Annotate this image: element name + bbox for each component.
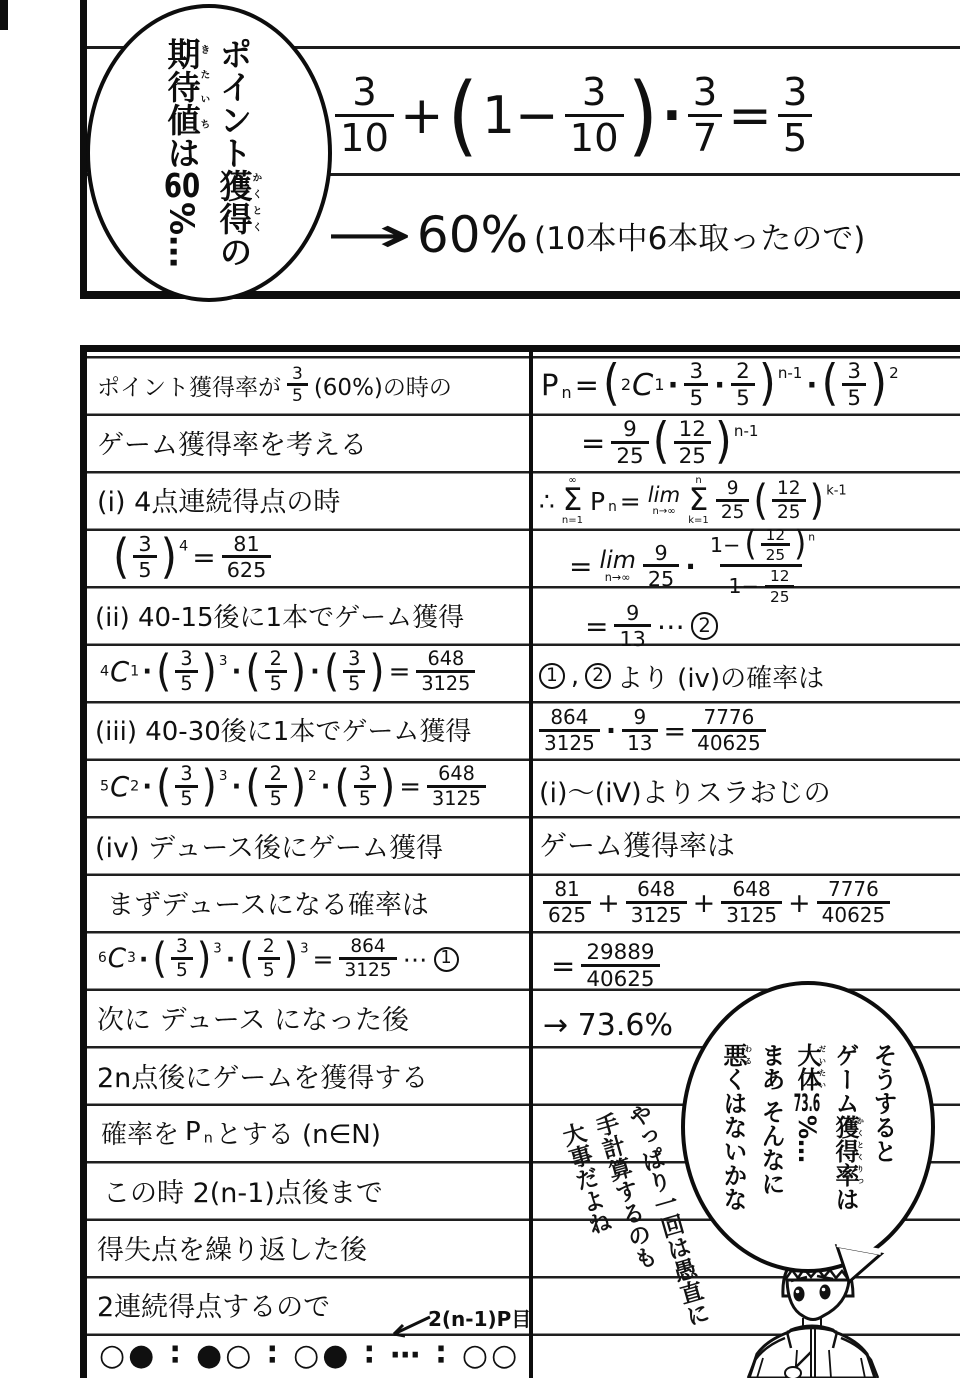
note-line: ゲーム獲得率は — [536, 818, 738, 870]
note-line: =limn→∞925·1−(1225)n1−1225 — [566, 528, 824, 604]
bottom-speech-bubble-text: そうするとゲーム獲得率かくとくりつは大体だいたい73.6%…まあ そんなに悪わる… — [715, 1043, 901, 1211]
note-line: まずデュースになる確率は — [104, 875, 432, 929]
note-line: 6C3·(35)3·(25)3=8643125⋯1 — [98, 927, 462, 991]
point-annotation-label: 2(n-1)P目 — [428, 1303, 531, 1332]
note-line: 得失点を繰り返した後 — [94, 1220, 370, 1274]
note-line: (i) 4点連続得点の時 — [94, 472, 343, 526]
notebook-top-border — [80, 345, 960, 352]
note-line: ∴∞Σn=1Pn=limn→∞nΣk=1925(1225)k-1 — [536, 470, 848, 532]
expected-value-formula: 310+(1−310)·37=35 — [332, 60, 815, 172]
note-line: 確率をPnとする (n∈N) — [98, 1105, 384, 1159]
note-line: 1,2より (iv)の確率は — [536, 652, 827, 700]
note-line: (35)4=81625 — [112, 526, 274, 588]
note-line: (ii) 40-15後に1本でゲーム獲得 — [92, 588, 467, 642]
annotation-arrow-icon — [384, 1314, 434, 1340]
note-line: =913⋯2 — [582, 602, 721, 650]
bottom-speech-bubble: そうするとゲーム獲得率かくとくりつは大体だいたい73.6%…まあ そんなに悪わる… — [681, 981, 935, 1273]
note-line: ポイント獲得率が35(60%)の時の — [94, 358, 455, 412]
note-line: この時 2(n-1)点後まで — [100, 1163, 386, 1217]
top-speech-bubble: ポイント獲得かくとくの期待値きたいちは60%… — [86, 4, 332, 302]
note-line: Pn=(2C1·35·25)n-1·(35)2 — [538, 356, 900, 414]
speech-bubble-tail — [833, 1244, 887, 1286]
note-line: 81625+6483125+6483125+777640625 — [540, 872, 893, 934]
note-line: 5C2·(35)3·(25)2·(35)=6483125 — [100, 755, 489, 819]
score-circles-row: ○● ∶ ●○ ∶ ○● ∶ ⋯ ∶ ○○ — [96, 1332, 523, 1378]
note-line: (iii) 40-30後に1本でゲーム獲得 — [92, 702, 474, 756]
note-line: → 73.6% — [540, 998, 676, 1052]
note-line: =925(1225)n-1 — [578, 414, 760, 472]
note-line: 次に デュース になった後 — [94, 990, 412, 1044]
top-speech-bubble-text: ポイント獲得かくとくの期待値きたいちは60%… — [157, 37, 261, 268]
page-edge-mark — [0, 0, 8, 30]
note-line: 2連続得点するので — [94, 1278, 333, 1330]
note-line: 4C1·(35)3·(25)·(35)=6483125 — [100, 640, 478, 704]
note-line: 2n点後にゲームを獲得する — [94, 1048, 431, 1102]
notebook-column-divider — [529, 352, 533, 1378]
note-line: (i)〜(iV)よりスラおじの — [536, 764, 834, 816]
note-line: ゲーム獲得率を考える — [94, 415, 370, 469]
note-line: 8643125·913=777640625 — [536, 700, 769, 762]
note-line: (iv) デュース後にゲーム獲得 — [92, 818, 446, 872]
manga-page: 310+(1−310)·37=35 →60%(10本中6本取ったので) ポイント… — [0, 0, 960, 1378]
note-line: =2988940625 — [548, 934, 663, 998]
expected-value-result: →60%(10本中6本取ったので) — [336, 192, 868, 278]
notebook-left-border — [80, 345, 87, 1378]
